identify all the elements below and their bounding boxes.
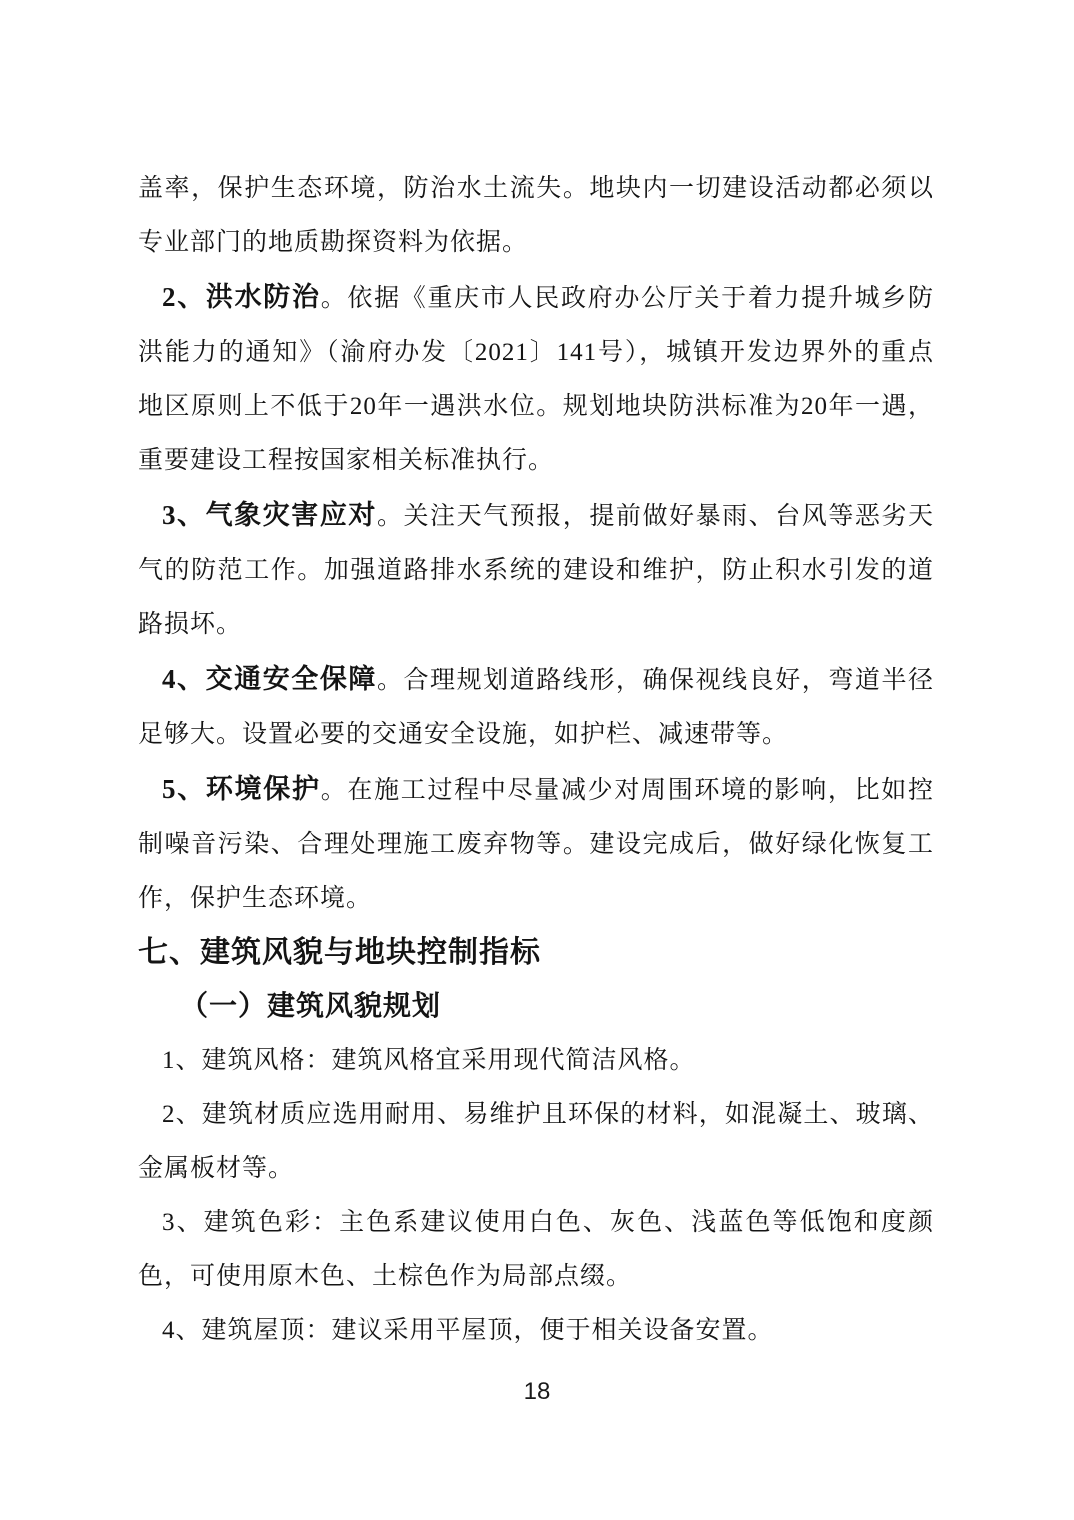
page-number: 18 [0,1378,1074,1406]
paragraph-building-style: 1、建筑风格：建筑风格宜采用现代简洁风格。 [138,1034,934,1088]
paragraph-environment-protection: 5、环境保护。在施工过程中尽量减少对周围环境的影响，比如控制噪音污染、合理处理施… [138,762,934,926]
paragraph-flood-control: 2、洪水防治。依据《重庆市人民政府办公厅关于着力提升城乡防洪能力的通知》（渝府办… [138,270,934,488]
document-body: 盖率，保护生态环境，防治水土流失。地块内一切建设活动都必须以专业部门的地质勘探资… [138,162,934,1358]
paragraph-environment-protection-lead: 5、环境保护 [162,774,321,804]
paragraph-flood-control-lead: 2、洪水防治 [162,282,321,312]
paragraph-weather-hazard-lead: 3、气象灾害应对 [162,500,377,530]
document-page: 盖率，保护生态环境，防治水土流失。地块内一切建设活动都必须以专业部门的地质勘探资… [0,0,1074,1520]
paragraph-traffic-safety-lead: 4、交通安全保障 [162,664,377,694]
paragraph-continuation: 盖率，保护生态环境，防治水土流失。地块内一切建设活动都必须以专业部门的地质勘探资… [138,162,934,270]
paragraph-building-color: 3、建筑色彩：主色系建议使用白色、灰色、浅蓝色等低饱和度颜色，可使用原木色、土棕… [138,1196,934,1304]
paragraph-building-material: 2、建筑材质应选用耐用、易维护且环保的材料，如混凝土、玻璃、金属板材等。 [138,1088,934,1196]
paragraph-building-roof: 4、建筑屋顶：建议采用平屋顶，便于相关设备安置。 [138,1304,934,1358]
paragraph-weather-hazard: 3、气象灾害应对。关注天气预报，提前做好暴雨、台风等恶劣天气的防范工作。加强道路… [138,488,934,652]
subsection-heading: （一）建筑风貌规划 [138,980,934,1034]
section-heading: 七、建筑风貌与地块控制指标 [138,926,934,980]
paragraph-flood-control-text: 。依据《重庆市人民政府办公厅关于着力提升城乡防洪能力的通知》（渝府办发〔2021… [138,285,934,474]
paragraph-traffic-safety: 4、交通安全保障。合理规划道路线形，确保视线良好，弯道半径足够大。设置必要的交通… [138,652,934,762]
